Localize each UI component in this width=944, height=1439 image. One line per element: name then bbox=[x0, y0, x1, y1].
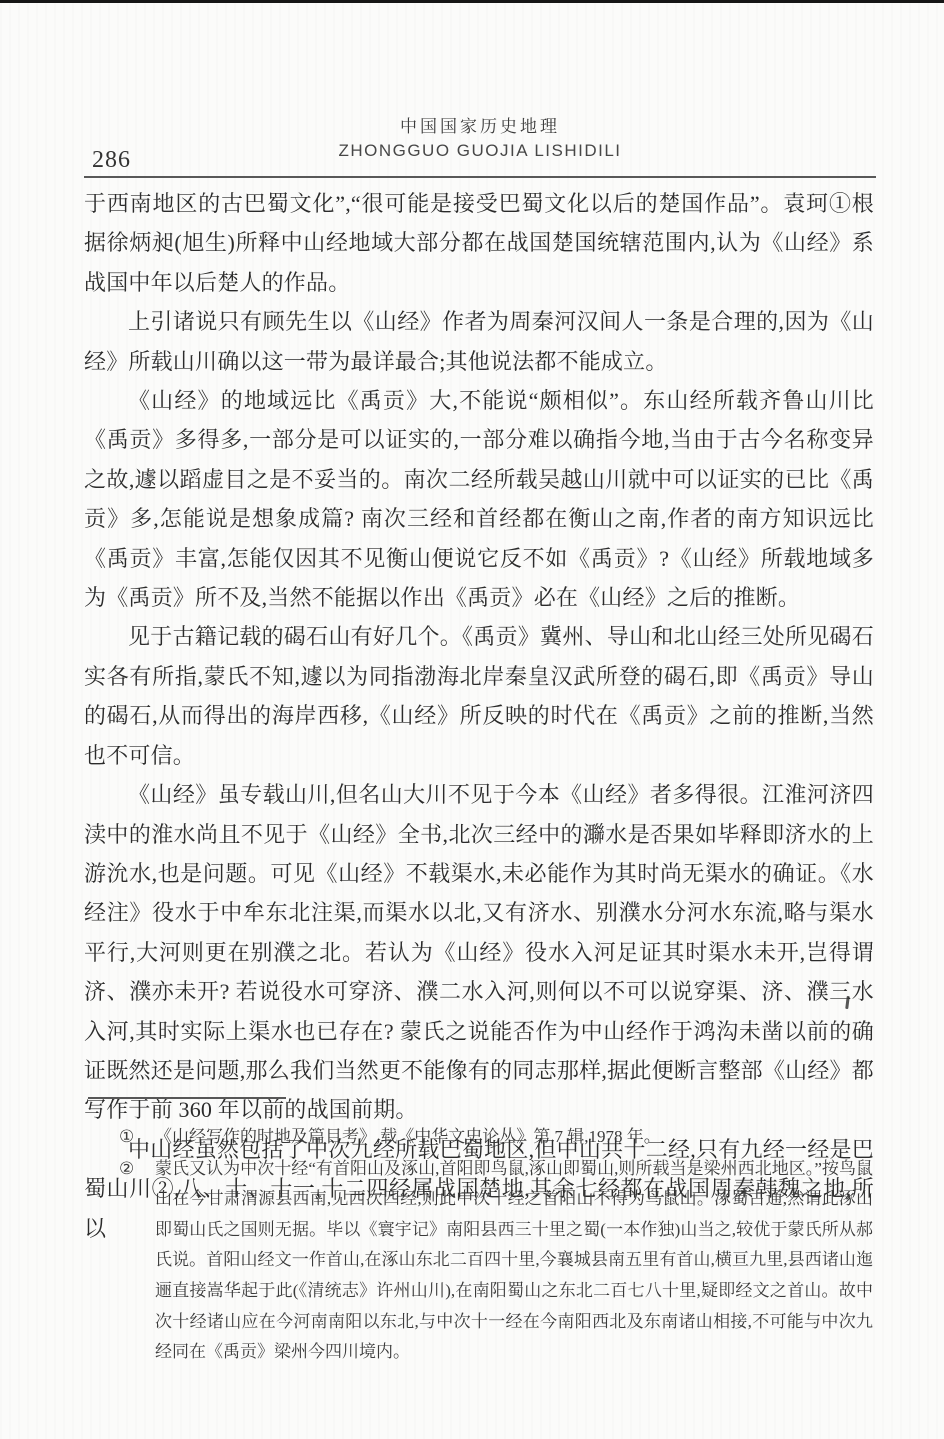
footnote-item: ② 蒙氏又认为中次十经“有首阳山及涿山,首阳即鸟鼠,涿山即蜀山,则所载当是梁州西… bbox=[119, 1154, 873, 1368]
main-text-block: 于西南地区的古巴蜀文化”,“很可能是接受巴蜀文化以后的楚国作品”。袁珂①根据徐炳… bbox=[84, 184, 874, 1248]
scanned-book-page: 286 中国国家历史地理 ZHONGGUO GUOJIA LISHIDILI 于… bbox=[0, 0, 944, 1439]
running-title-pinyin: ZHONGGUO GUOJIA LISHIDILI bbox=[84, 140, 876, 162]
paragraph: 上引诸说只有顾先生以《山经》作者为周秦河汉间人一条是合理的,因为《山经》所载山川… bbox=[84, 302, 874, 381]
paragraph: 见于古籍记载的碣石山有好几个。《禹贡》冀州、导山和北山经三处所见碣石实各有所指,… bbox=[84, 617, 874, 775]
header-divider-rule bbox=[84, 176, 876, 178]
footnotes-block: ① 《山经写作的时地及篇目考》,载《中华文史论丛》第 7 辑,1978 年。 ②… bbox=[119, 1122, 873, 1369]
footnote-text: 蒙氏又认为中次十经“有首阳山及涿山,首阳即鸟鼠,涿山即蜀山,则所载当是梁州西北地… bbox=[155, 1154, 873, 1368]
footnote-divider-rule bbox=[88, 1097, 286, 1099]
page-number: 286 bbox=[92, 147, 131, 174]
running-title-chinese: 中国国家历史地理 bbox=[84, 116, 876, 138]
footnote-marker: ② bbox=[119, 1154, 155, 1185]
paragraph: 《山经》虽专载山川,但名山大川不见于今本《山经》者多得很。江淮河济四渎中的淮水尚… bbox=[84, 775, 874, 1130]
paragraph: 《山经》的地域远比《禹贡》大,不能说“颇相似”。东山经所载齐鲁山川比《禹贡》多得… bbox=[84, 381, 874, 617]
footnote-item: ① 《山经写作的时地及篇目考》,载《中华文史论丛》第 7 辑,1978 年。 bbox=[119, 1122, 873, 1153]
footnote-text: 《山经写作的时地及篇目考》,载《中华文史论丛》第 7 辑,1978 年。 bbox=[155, 1122, 873, 1153]
scan-top-edge bbox=[0, 0, 944, 3]
page-header: 286 中国国家历史地理 ZHONGGUO GUOJIA LISHIDILI bbox=[84, 116, 876, 174]
footnote-marker: ① bbox=[119, 1122, 155, 1153]
paragraph: 于西南地区的古巴蜀文化”,“很可能是接受巴蜀文化以后的楚国作品”。袁珂①根据徐炳… bbox=[84, 184, 874, 302]
